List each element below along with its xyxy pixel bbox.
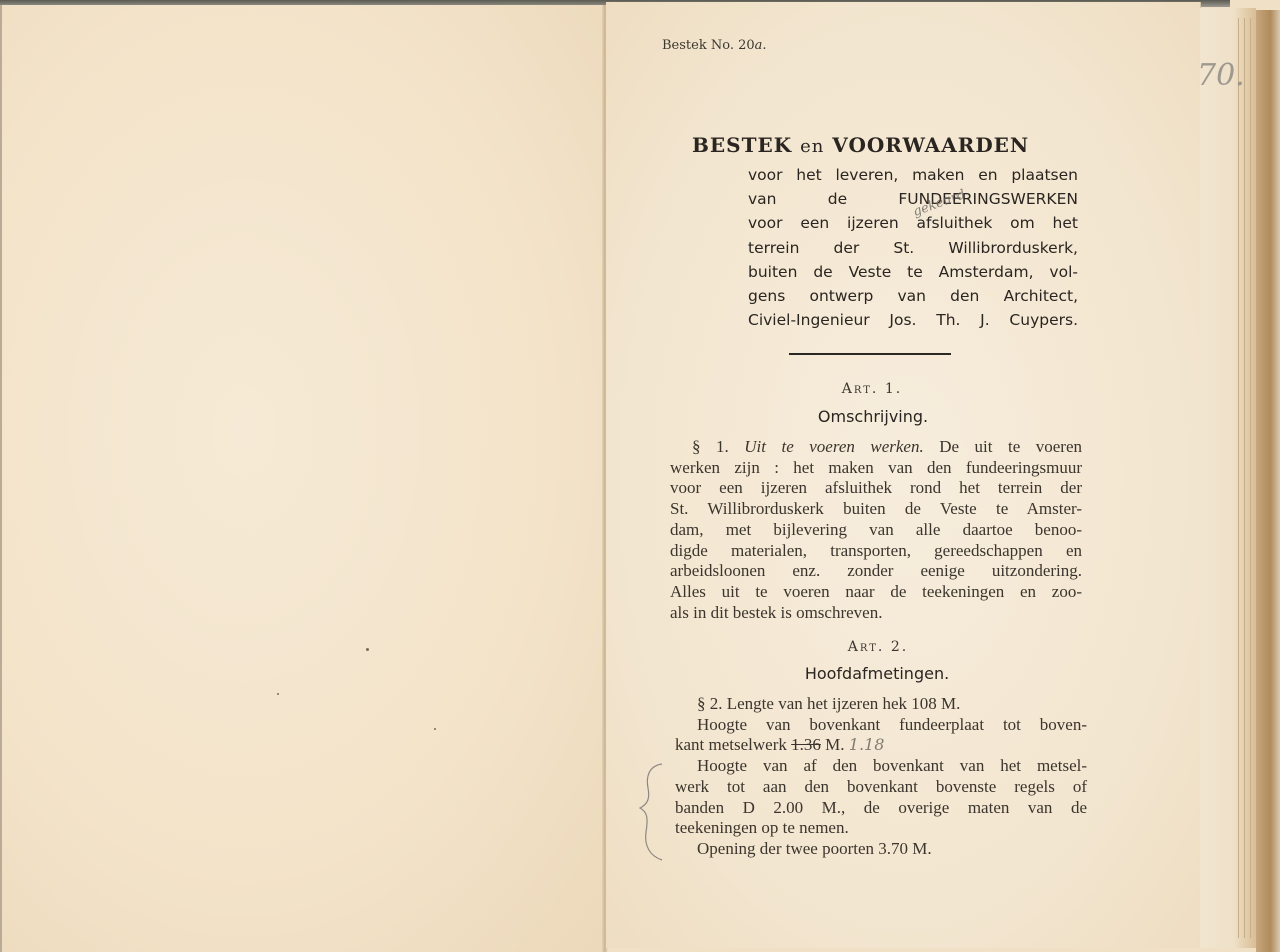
paragraph-line: werk tot aan den bovenkant bovenste rege… [675,777,1087,798]
paragraph-line: § 1. Uit te voeren werken. De uit te voe… [670,437,1082,458]
subtitle-line: buiten de Veste te Amsterdam, vol- [748,260,1078,284]
paragraph-line: arbeidsloonen enz. zonder eenige uitzond… [670,561,1082,582]
page-edge-line [1238,18,1239,938]
paragraph-line: Alles uit te voeren naar de teekeningen … [670,582,1082,603]
pencil-brace-mark [636,762,666,862]
page-edges-stack [1200,8,1256,948]
title-word-bestek: BESTEK [692,133,792,157]
paragraph-line: Hoogte van af den bovenkant van het mets… [675,756,1087,777]
struck-dimension: 1.36 [791,735,821,754]
scanned-book-spread: 70. Bestek No. 20a. BESTEK en VOORWAARDE… [0,0,1280,952]
title-word-voorwaarden: VOORWAARDEN [832,133,1029,157]
page-reference-suffix: a. [755,38,767,53]
paragraph-line: § 2. Lengte van het ijzeren hek 108 M. [675,694,1087,715]
paragraph-line: digde materialen, transporten, gereedsch… [670,541,1082,562]
paragraph-line: Hoogte van bovenkant fundeerplaat tot bo… [675,715,1087,736]
pencil-page-number: 70. [1197,58,1245,93]
paragraph-line: Opening der twee poorten 3.70 M. [675,839,1087,860]
paragraph-text: Lengte van het ijzeren hek 108 M. [727,694,961,713]
paragraph-line: werken zijn : het maken van den fundeeri… [670,458,1082,479]
paragraph-line: dam, met bijlevering van alle daartoe be… [670,520,1082,541]
paper-speck [366,648,369,651]
paragraph-number: § 1. [692,437,729,456]
paragraph-text: M. [825,735,844,754]
paragraph-text: De uit te voeren [939,437,1082,456]
paragraph-line: teekeningen op te nemen. [675,818,1087,839]
subtitle-line: gens ontwerp van den Architect, [748,284,1078,308]
article-1-heading: Omschrijving. [723,407,1023,426]
subtitle-line: voor het leveren, maken en plaatsen [748,163,1078,187]
page-reference-number: Bestek No. 20 [662,38,755,53]
article-2-heading: Hoofdafmetingen. [727,664,1027,683]
paragraph-line: St. Willibrorduskerk buiten de Veste te … [670,499,1082,520]
paragraph-number: § 2. [697,694,723,713]
left-page-blank [0,5,608,952]
title-subtitle: voor het leveren, maken en plaatsen van … [748,163,1082,332]
paper-speck [434,728,436,730]
paragraph-italic-lead: Uit te voeren werken. [744,437,923,456]
document-title-block: BESTEK en VOORWAARDEN voor het leveren, … [692,133,1082,332]
paragraph-line: kant metselwerk 1.36 M. 1.18 [675,735,1087,756]
paper-speck [277,693,279,695]
page-edge-line [1244,18,1245,938]
article-1-label: Art. 1. [772,381,972,397]
title-connector: en [800,136,824,157]
subtitle-line: terrein der St. Willibrorduskerk, [748,236,1078,260]
book-cover-edge [1256,10,1280,952]
paragraph-line: voor een ijzeren afsluithek rond het ter… [670,478,1082,499]
paragraph-line: als in dit bestek is omschreven. [670,603,1082,624]
document-title: BESTEK en VOORWAARDEN [692,133,1082,157]
article-1-paragraph: § 1. Uit te voeren werken. De uit te voe… [670,437,1082,623]
paragraph-text: kant metselwerk [675,735,787,754]
page-reference: Bestek No. 20a. [662,38,767,53]
horizontal-divider [789,353,951,355]
article-2-label: Art. 2. [778,639,978,655]
pencil-dimension-correction: 1.18 [849,735,885,754]
paragraph-line: banden D 2.00 M., de overige maten van d… [675,798,1087,819]
subtitle-line: voor een ijzeren afsluithek om het [748,211,1078,235]
page-edge-line [1250,18,1251,938]
subtitle-line: Civiel-Ingenieur Jos. Th. J. Cuypers. [748,308,1078,332]
article-2-paragraph: § 2. Lengte van het ijzeren hek 108 M. H… [675,694,1085,860]
